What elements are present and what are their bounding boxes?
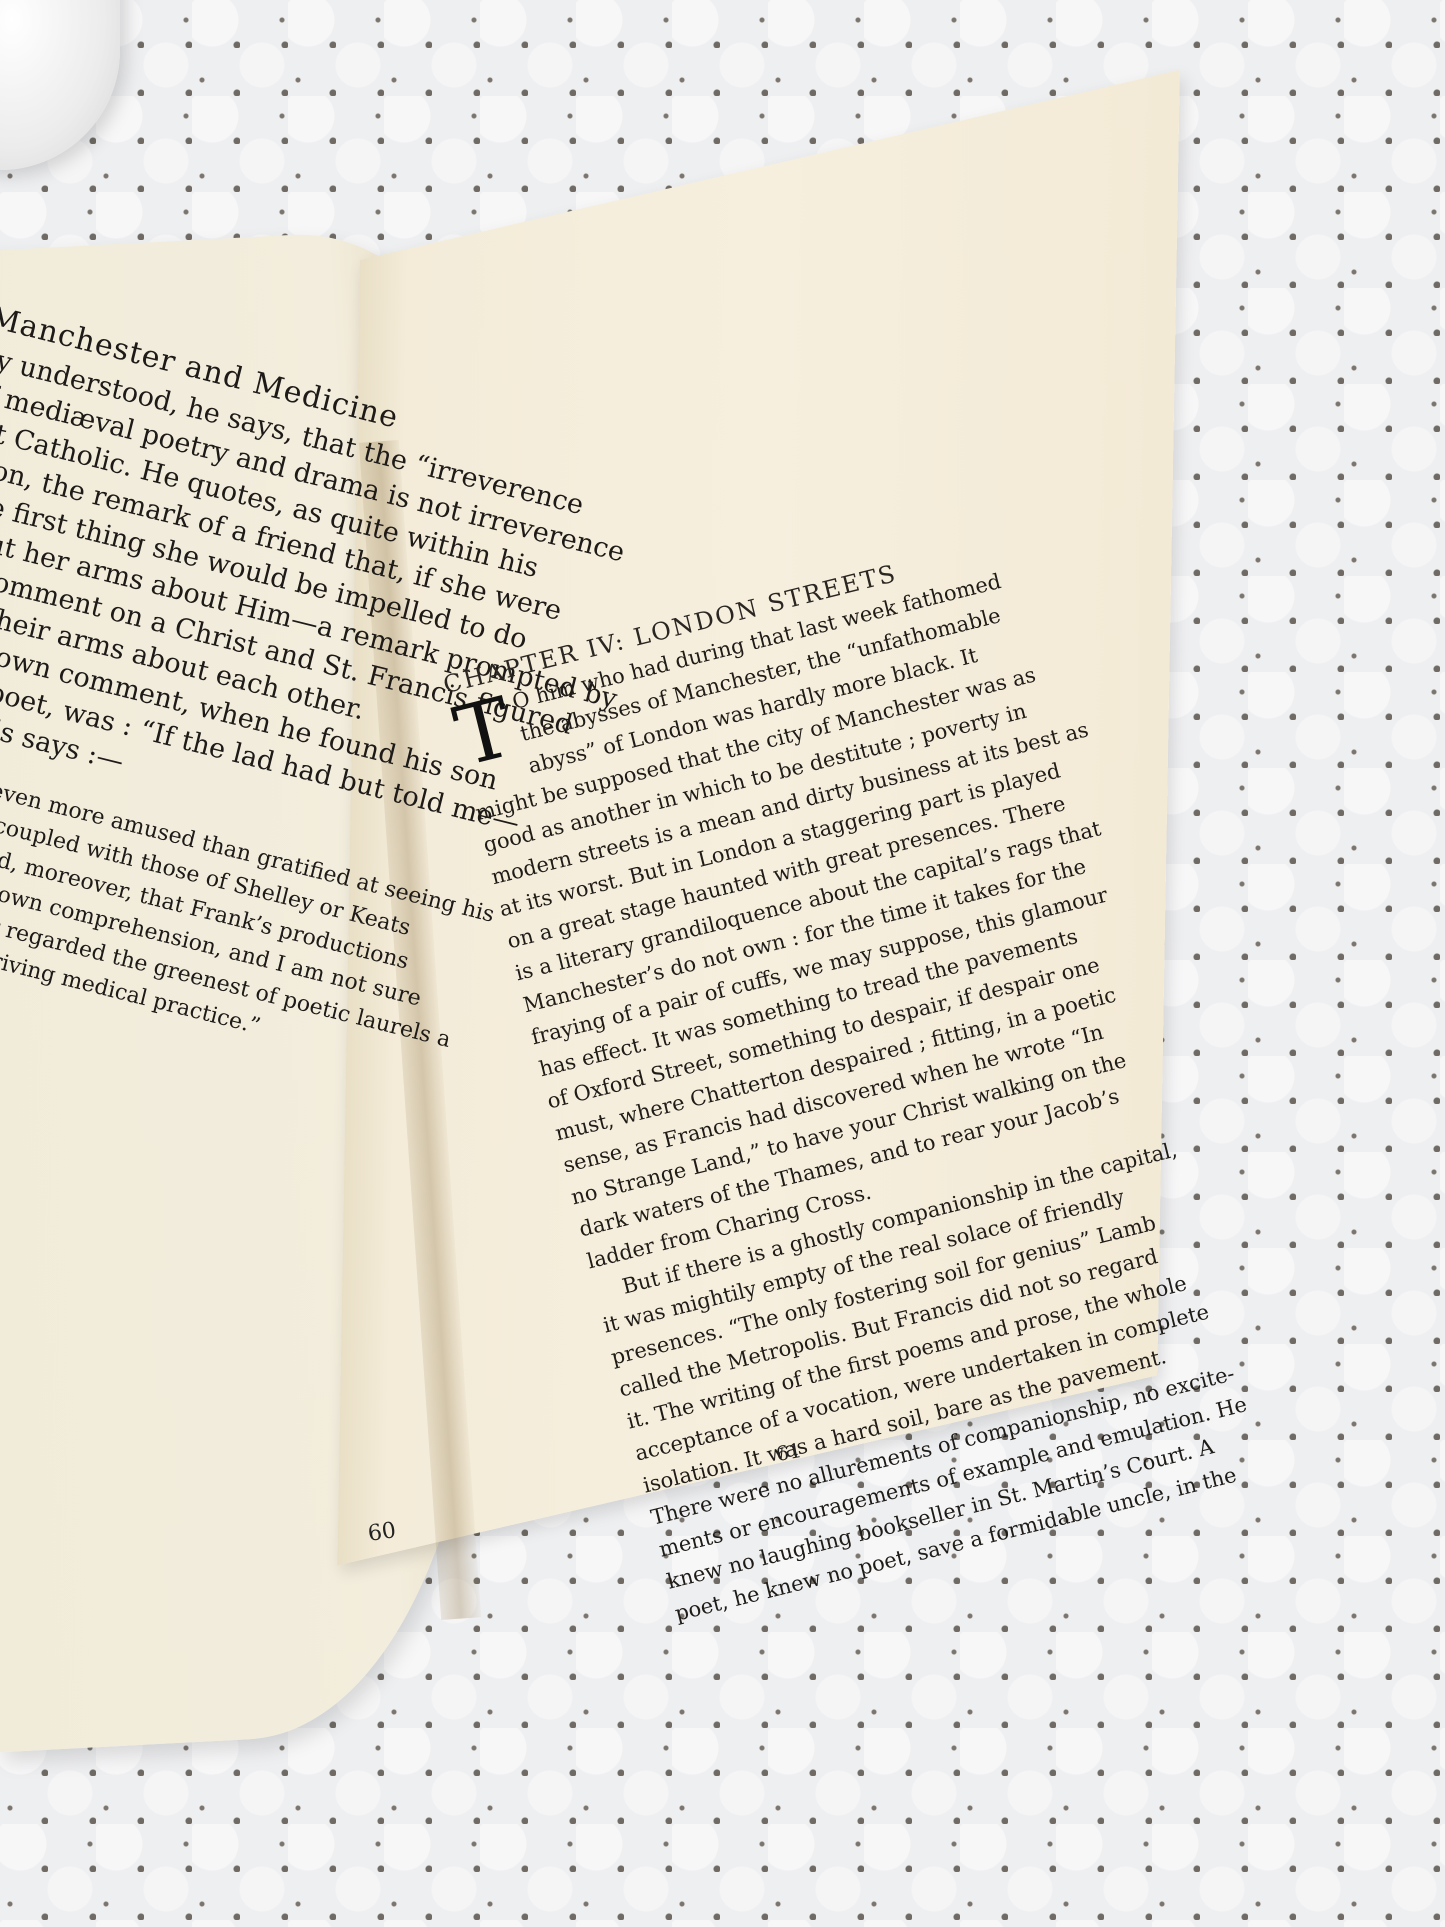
- ceramic-object: [0, 0, 120, 170]
- page-number-left: 60: [366, 1518, 397, 1547]
- page-number-right: 61: [774, 1438, 803, 1466]
